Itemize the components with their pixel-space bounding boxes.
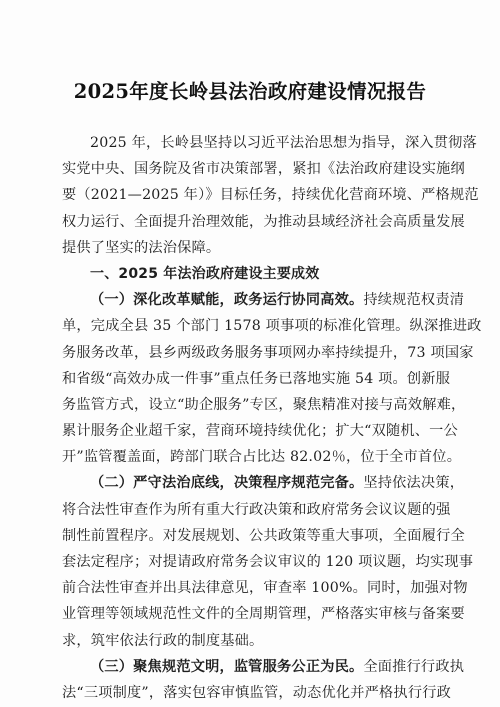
document-title: 2025年度长岭县法治政府建设情况报告	[0, 76, 500, 104]
intro-line: 权力运行、全面提升治理效能，为推动县域经济社会高质量发展	[62, 209, 439, 235]
intro-line: 要（2021—2025 年）》目标任务，持续优化营商环境、严格规范	[62, 182, 439, 208]
subsection-1-first-text: 持续规范权责清	[363, 292, 464, 308]
document-body: 2025 年，长岭县坚持以习近平法治思想为指导，深入贯彻落 实党中央、国务院及省…	[62, 130, 439, 706]
intro-line: 提供了坚实的法治保障。	[62, 235, 439, 261]
intro-line: 2025 年，长岭县坚持以习近平法治思想为指导，深入贯彻落	[62, 130, 439, 156]
paragraph-line: 套法定程序；对提请政府常务会议审议的 120 项议题，均实现事	[62, 549, 439, 575]
paragraph-line: 求，筑牢依法行政的制度基础。	[62, 628, 439, 654]
paragraph-line: 和省级“高效办成一件事”重点任务已落地实施 54 项。创新服	[62, 366, 439, 392]
subsection-1-lead: （一）深化改革赋能，政务运行协同高效。	[90, 292, 363, 308]
document-page: 2025年度长岭县法治政府建设情况报告 2025 年，长岭县坚持以习近平法治思想…	[0, 0, 500, 707]
paragraph-line: 务服务改革，县乡两级政务服务事项网办率持续提升，73 项国家	[62, 340, 439, 366]
paragraph-line: 累计服务企业超千家，营商环境持续优化；扩大“双随机、一公	[62, 418, 439, 444]
section-heading: 一、2025 年法治政府建设主要成效	[62, 261, 439, 287]
paragraph-line: 制性前置程序。对发展规划、公共政策等重大事项，全面履行全	[62, 523, 439, 549]
subsection-2-lead: （二）严守法治底线，决策程序规范完备。	[90, 475, 363, 491]
paragraph-line: 前合法性审查并出具法律意见，审查率 100%。同时，加强对物	[62, 575, 439, 601]
page-number: - 1 -	[0, 659, 500, 669]
subsection-1-first-line: （一）深化改革赋能，政务运行协同高效。持续规范权责清	[62, 287, 439, 313]
paragraph-line: 单，完成全县 35 个部门 1578 项事项的标准化管理。纵深推进政	[62, 313, 439, 339]
paragraph-line: 法“三项制度”，落实包容审慎监管，动态优化并严格执行行政	[62, 680, 439, 706]
subsection-2-first-text: 坚持依法决策，	[363, 475, 464, 491]
paragraph-line: 将合法性审查作为所有重大行政决策和政府常务会议议题的强	[62, 497, 439, 523]
subsection-2-first-line: （二）严守法治底线，决策程序规范完备。坚持依法决策，	[62, 470, 439, 496]
paragraph-line: 业管理等领域规范性文件的全周期管理，严格落实审核与备案要	[62, 601, 439, 627]
paragraph-line: 开”监管覆盖面，跨部门联合占比达 82.02％，位于全市首位。	[62, 444, 439, 470]
intro-line: 实党中央、国务院及省市决策部署，紧扣《法治政府建设实施纲	[62, 156, 439, 182]
paragraph-line: 务监管方式，设立“助企服务”专区，聚焦精准对接与高效解难，	[62, 392, 439, 418]
